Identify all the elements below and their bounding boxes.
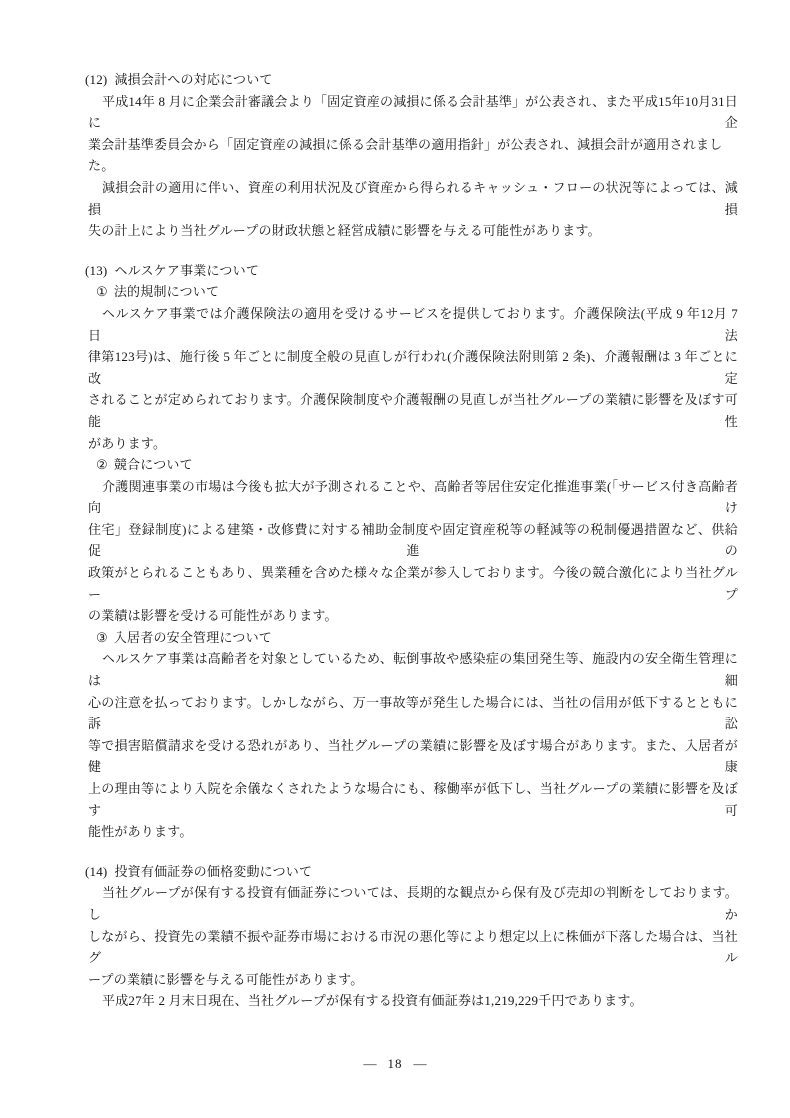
subheading-title: 入居者の安全管理について (114, 630, 272, 645)
section-number: (14) (85, 864, 107, 879)
document-content: (12)減損会計への対応について平成14年 8 月に企業会計審議会より「固定資産… (85, 69, 738, 1012)
section-title: 投資有価証券の価格変動について (114, 864, 312, 879)
text-line: 上の理由等により入院を余儀なくされたような場合にも、稼働率が低下し、当社グループ… (88, 778, 738, 821)
subheading: ②競合について (96, 454, 738, 476)
section-number: (12) (85, 72, 107, 87)
text-line: ープの業績に影響を与える可能性があります。 (88, 969, 738, 991)
text-line: 業会計基準委員会から「固定資産の減損に係る会計基準の適用指針」が公表され、減損会… (88, 134, 738, 177)
text-line: 政策がとられることもあり、異業種を含めた様々な企業が参入しております。今後の競合… (88, 562, 738, 605)
paragraph: 平成27年 2 月末日現在、当社グループが保有する投資有価証券は1,219,22… (85, 990, 738, 1012)
footer-dash-left: ― (364, 1056, 377, 1071)
paragraph: 当社グループが保有する投資有価証券については、長期的な観点から保有及び売却の判断… (85, 882, 738, 990)
section-14: (14)投資有価証券の価格変動について当社グループが保有する投資有価証券について… (85, 861, 738, 1012)
section-heading: (12)減損会計への対応について (85, 69, 738, 91)
paragraph: ヘルスケア事業は高齢者を対象としているため、転倒事故や感染症の集団発生等、施設内… (85, 648, 738, 842)
paragraph: ヘルスケア事業では介護保険法の適用を受けるサービスを提供しております。介護保険法… (85, 303, 738, 454)
section-12: (12)減損会計への対応について平成14年 8 月に企業会計審議会より「固定資産… (85, 69, 738, 242)
page-number: 18 (388, 1056, 403, 1071)
text-line: 能性があります。 (88, 821, 738, 843)
footer-dash-right: ― (414, 1056, 427, 1071)
text-line: 平成27年 2 月末日現在、当社グループが保有する投資有価証券は1,219,22… (88, 990, 738, 1012)
text-line: 当社グループが保有する投資有価証券については、長期的な観点から保有及び売却の判断… (88, 882, 738, 925)
section-title: 減損会計への対応について (114, 72, 272, 87)
paragraph: 平成14年 8 月に企業会計審議会より「固定資産の減損に係る会計基準」が公表され… (85, 91, 738, 177)
section-heading: (14)投資有価証券の価格変動について (85, 861, 738, 883)
text-line: 失の計上により当社グループの財政状態と経営成績に影響を与える可能性があります。 (88, 220, 738, 242)
text-line: ヘルスケア事業では介護保険法の適用を受けるサービスを提供しております。介護保険法… (88, 303, 738, 346)
text-line: 減損会計の適用に伴い、資産の利用状況及び資産から得られるキャッシュ・フローの状況… (88, 177, 738, 220)
text-line: 律第123号)は、施行後 5 年ごとに制度全般の見直しが行われ(介護保険法附則第… (88, 346, 738, 389)
text-line: の業績は影響を受ける可能性があります。 (88, 605, 738, 627)
subheading-marker: ③ (96, 630, 108, 645)
subheading-title: 法的規制について (114, 284, 219, 299)
text-line: 等で損害賠償請求を受ける恐れがあり、当社グループの業績に影響を及ぼす場合がありま… (88, 735, 738, 778)
section-heading: (13)ヘルスケア事業について (85, 260, 738, 282)
text-line: 住宅」登録制度)による建築・改修費に対する補助金制度や固定資産税等の軽減等の税制… (88, 519, 738, 562)
text-line: があります。 (88, 433, 738, 455)
subheading: ①法的規制について (96, 281, 738, 303)
text-line: 平成14年 8 月に企業会計審議会より「固定資産の減損に係る会計基準」が公表され… (88, 91, 738, 134)
page-footer: ―18― (0, 1056, 790, 1072)
subheading: ③入居者の安全管理について (96, 627, 738, 649)
section-title: ヘルスケア事業について (114, 263, 259, 278)
subheading-marker: ① (96, 284, 108, 299)
text-line: しながら、投資先の業績不振や証券市場における市況の悪化等により想定以上に株価が下… (88, 926, 738, 969)
subheading-title: 競合について (114, 457, 193, 472)
text-line: 介護関連事業の市場は今後も拡大が予測されることや、高齢者等居住安定化推進事業(「… (88, 476, 738, 519)
text-line: されることが定められております。介護保険制度や介護報酬の見直しが当社グループの業… (88, 389, 738, 432)
text-line: ヘルスケア事業は高齢者を対象としているため、転倒事故や感染症の集団発生等、施設内… (88, 648, 738, 691)
section-number: (13) (85, 263, 107, 278)
paragraph: 減損会計の適用に伴い、資産の利用状況及び資産から得られるキャッシュ・フローの状況… (85, 177, 738, 242)
text-line: 心の注意を払っております。しかしながら、万一事故等が発生した場合には、当社の信用… (88, 692, 738, 735)
paragraph: 介護関連事業の市場は今後も拡大が予測されることや、高齢者等居住安定化推進事業(「… (85, 476, 738, 627)
section-13: (13)ヘルスケア事業について①法的規制についてヘルスケア事業では介護保険法の適… (85, 260, 738, 843)
document-page: (12)減損会計への対応について平成14年 8 月に企業会計審議会より「固定資産… (0, 0, 790, 1118)
subheading-marker: ② (96, 457, 108, 472)
